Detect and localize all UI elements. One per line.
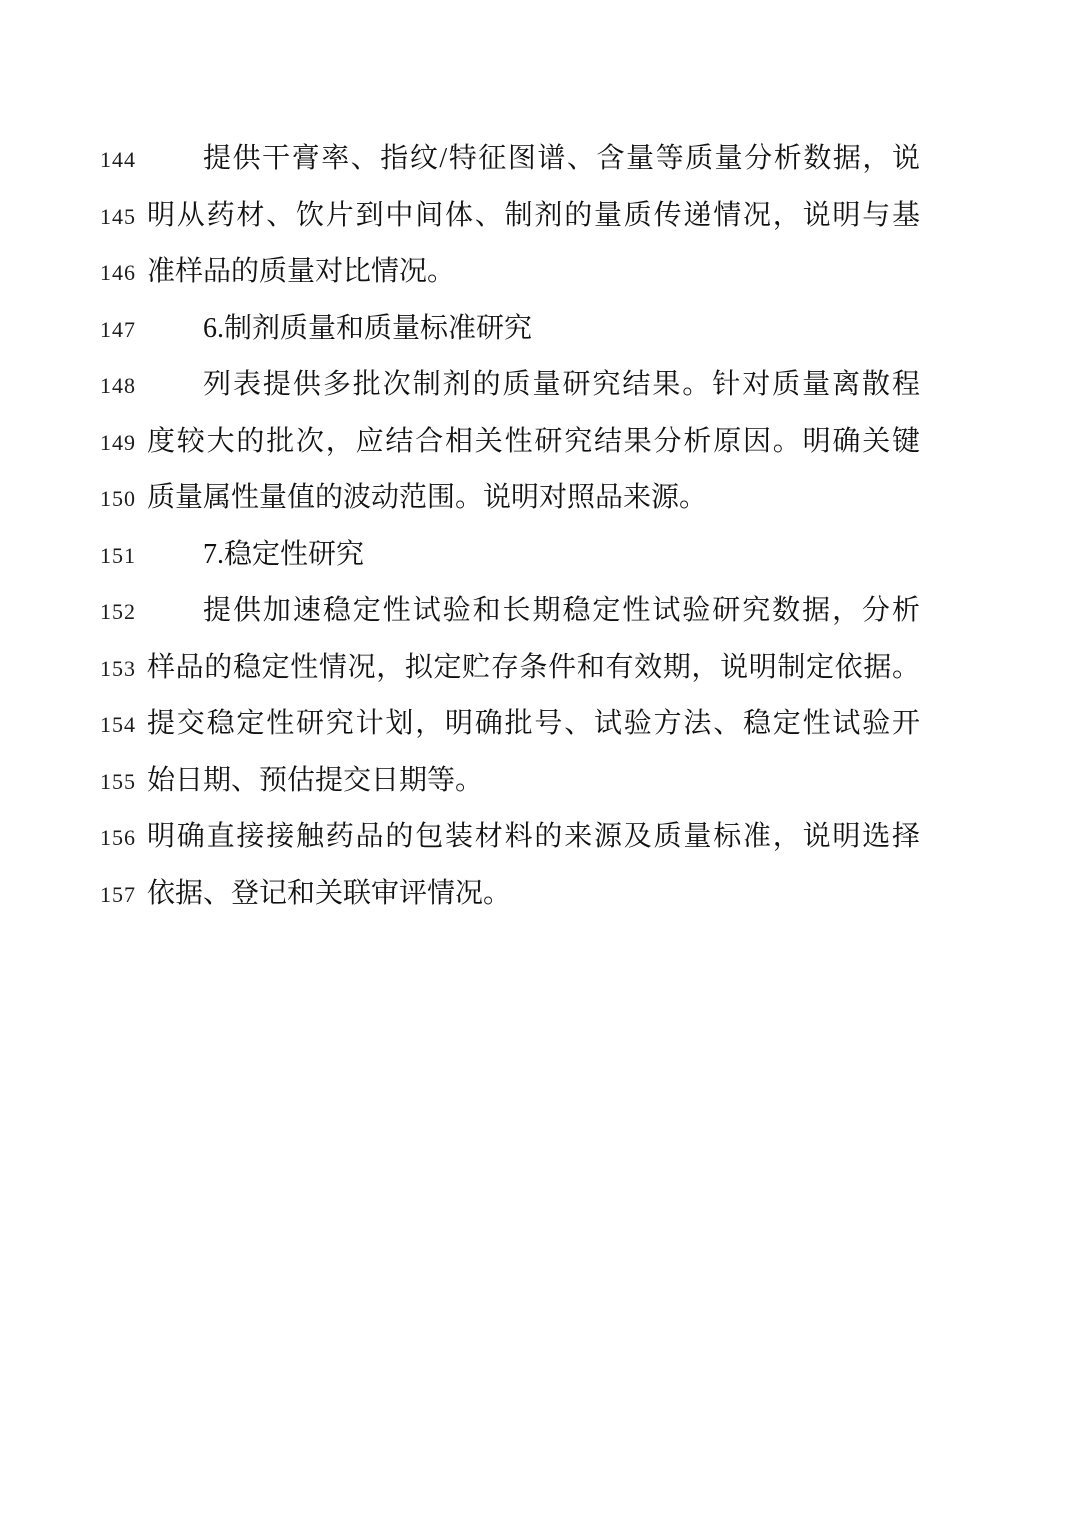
line-number: 157 [100,867,147,923]
line-number: 144 [100,132,147,188]
document-line: 149 度较大的批次，应结合相关性研究结果分析原因。明确关键 [100,414,920,471]
line-number: 152 [100,584,147,640]
document-line: 144 提供干膏率、指纹/特征图谱、含量等质量分析数据，说 [100,131,920,188]
line-text: 样品的稳定性情况，拟定贮存条件和有效期，说明制定依据。 [147,640,920,697]
document-line: 152 提供加速稳定性试验和长期稳定性试验研究数据，分析 [100,583,920,640]
document-line: 154 提交稳定性研究计划，明确批号、试验方法、稳定性试验开 [100,696,920,753]
line-text: 提交稳定性研究计划，明确批号、试验方法、稳定性试验开 [147,696,920,753]
document-line-section-heading: 147 6.制剂质量和质量标准研究 [100,301,920,358]
line-number: 147 [100,302,147,358]
line-text: 质量属性量值的波动范围。说明对照品来源。 [147,470,920,527]
document-line: 148 列表提供多批次制剂的质量研究结果。针对质量离散程 [100,357,920,414]
line-number: 156 [100,810,147,866]
line-number: 150 [100,471,147,527]
document-page: 144 提供干膏率、指纹/特征图谱、含量等质量分析数据，说 145 明从药材、饮… [0,0,1080,1527]
line-text: 明确直接接触药品的包装材料的来源及质量标准，说明选择 [147,809,920,866]
line-number: 149 [100,415,147,471]
line-text: 度较大的批次，应结合相关性研究结果分析原因。明确关键 [147,414,920,471]
line-number: 146 [100,245,147,301]
section-heading: 7.稳定性研究 [147,527,920,584]
line-number: 151 [100,528,147,584]
document-line-section-heading: 151 7.稳定性研究 [100,527,920,584]
line-text: 依据、登记和关联审评情况。 [147,866,920,923]
line-number: 153 [100,641,147,697]
document-line: 145 明从药材、饮片到中间体、制剂的量质传递情况，说明与基 [100,188,920,245]
line-text: 提供干膏率、指纹/特征图谱、含量等质量分析数据，说 [147,131,920,188]
document-line: 155 始日期、预估提交日期等。 [100,753,920,810]
document-line: 157 依据、登记和关联审评情况。 [100,866,920,923]
document-line: 153 样品的稳定性情况，拟定贮存条件和有效期，说明制定依据。 [100,640,920,697]
line-text: 提供加速稳定性试验和长期稳定性试验研究数据，分析 [147,583,920,640]
section-heading: 6.制剂质量和质量标准研究 [147,301,920,358]
text-block: 144 提供干膏率、指纹/特征图谱、含量等质量分析数据，说 145 明从药材、饮… [100,131,920,922]
line-text: 准样品的质量对比情况。 [147,244,920,301]
line-number: 148 [100,358,147,414]
document-line: 146 准样品的质量对比情况。 [100,244,920,301]
line-number: 155 [100,754,147,810]
line-text: 明从药材、饮片到中间体、制剂的量质传递情况，说明与基 [147,188,920,245]
document-line: 156 明确直接接触药品的包装材料的来源及质量标准，说明选择 [100,809,920,866]
line-text: 始日期、预估提交日期等。 [147,753,920,810]
document-line: 150 质量属性量值的波动范围。说明对照品来源。 [100,470,920,527]
line-text: 列表提供多批次制剂的质量研究结果。针对质量离散程 [147,357,920,414]
line-number: 145 [100,189,147,245]
line-number: 154 [100,697,147,753]
